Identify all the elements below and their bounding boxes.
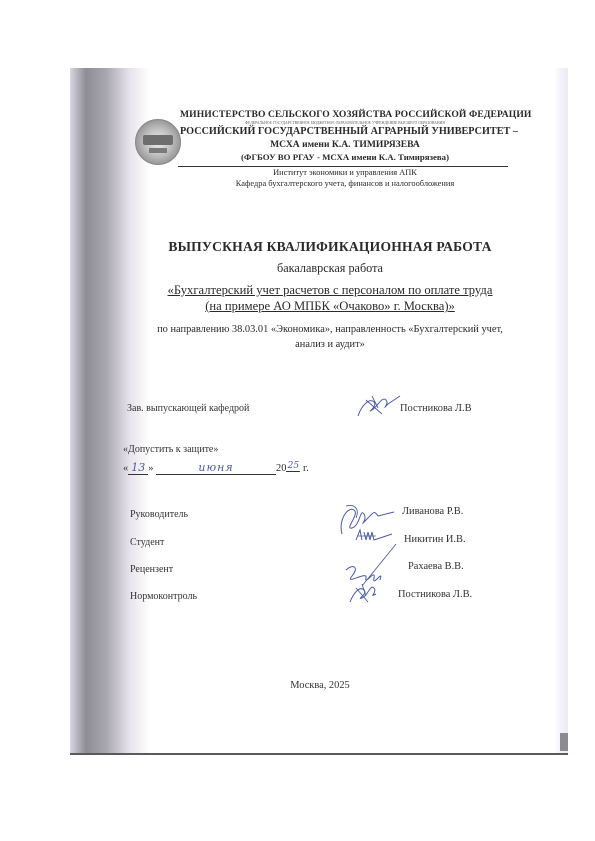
- ministry-title: МИНИСТЕРСТВО СЕЛЬСКОГО ХОЗЯЙСТВА РОССИЙС…: [180, 109, 510, 120]
- signatory-role: Студент: [130, 537, 164, 548]
- signatory-name: Никитин И.В.: [404, 534, 466, 545]
- date-year-suffix-handwritten: 25: [286, 461, 300, 472]
- admit-to-defense-label: «Допустить к защите»: [123, 444, 218, 455]
- study-direction-line-1: по направлению 38.03.01 «Экономика», нап…: [120, 324, 540, 335]
- header-divider: [178, 166, 508, 167]
- signatory-role: Рецензент: [130, 564, 173, 575]
- signatory-name: Рахаева В.В.: [408, 561, 464, 572]
- signatory-name: Постникова Л.В.: [398, 589, 472, 600]
- date-day-handwritten: 13: [128, 461, 148, 475]
- topic-line-2: (на примере АО МПБК «Очаково» г. Москва)…: [120, 299, 540, 314]
- work-type: бакалаврская работа: [120, 261, 540, 276]
- study-direction-line-2: анализ и аудит»: [120, 339, 540, 350]
- approval-date: «13» июня2025 г.: [123, 461, 309, 475]
- signatory-role: Руководитель: [130, 509, 188, 520]
- date-month-handwritten: июня: [156, 461, 276, 475]
- university-name: МСХА имени К.А. ТИМИРЯЗЕВА: [180, 139, 510, 150]
- federal-institution-line: ФЕДЕРАЛЬНОЕ ГОСУДАРСТВЕННОЕ БЮДЖЕТНОЕ ОБ…: [182, 121, 508, 125]
- date-close-quote: »: [148, 463, 153, 474]
- institute-name: Институт экономики и управления АПК: [180, 168, 510, 177]
- head-of-department-label: Зав. выпускающей кафедрой: [127, 403, 249, 414]
- topic-line-1: «Бухгалтерский учет расчетов с персонало…: [120, 283, 540, 298]
- scan-corner-mark: [560, 733, 568, 751]
- city-and-year: Москва, 2025: [200, 680, 440, 691]
- signatory-role: Нормоконтроль: [130, 591, 197, 602]
- signature-normcontrol-icon: [346, 580, 382, 606]
- department-name: Кафедра бухгалтерского учета, финансов и…: [180, 179, 510, 188]
- university-short-name: (ФГБОУ ВО РГАУ - МСХА имени К.А. Тимиряз…: [180, 152, 510, 162]
- document-title: ВЫПУСКНАЯ КВАЛИФИКАЦИОННАЯ РАБОТА: [120, 239, 540, 255]
- signatory-name: Ливанова Р.В.: [402, 506, 463, 517]
- university-title: РОССИЙСКИЙ ГОСУДАРСТВЕННЫЙ АГРАРНЫЙ УНИВ…: [180, 126, 510, 137]
- scan-shadow-right: [554, 68, 568, 753]
- university-emblem-icon: [135, 119, 181, 165]
- signature-head-icon: [352, 390, 402, 422]
- head-of-department-name: Постникова Л.В: [400, 403, 472, 414]
- date-year-unit: г.: [303, 463, 309, 474]
- date-year-prefix: 20: [276, 463, 286, 474]
